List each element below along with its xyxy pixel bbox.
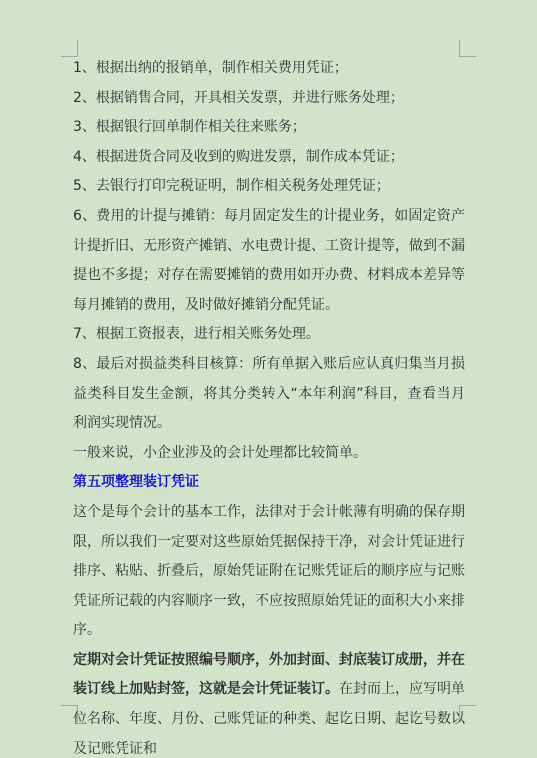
list-item-8: 8、最后对损益类科目核算：所有单据入账后应认真归集当月损益类科目发生金额，将其分…: [73, 350, 465, 439]
summary-paragraph: 一般来说，小企业涉及的会计处理都比较简单。: [73, 439, 465, 469]
section-paragraph: 这个是每个会计的基本工作，法律对于会计帐薄有明确的保存期限，所以我们一定要对这些…: [73, 498, 465, 646]
document-body: 1、根据出纳的报销单，制作相关费用凭证； 2、根据销售合同，开具相关发票，并进行…: [73, 54, 465, 758]
list-item-2: 2、根据销售合同，开具相关发票，并进行账务处理；: [73, 84, 465, 114]
list-item-5: 5、去银行打印完税证明，制作相关税务处理凭证；: [73, 172, 465, 202]
list-item-4: 4、根据进货合同及收到的购进发票，制作成本凭证；: [73, 143, 465, 173]
list-item-7: 7、根据工资报表，进行相关账务处理。: [73, 320, 465, 350]
list-item-6: 6、费用的计提与摊销：每月固定发生的计提业务，如固定资产计提折旧、无形资产摊销、…: [73, 202, 465, 320]
list-item-3: 3、根据银行回单制作相关往来账务；: [73, 113, 465, 143]
list-item-1: 1、根据出纳的报销单，制作相关费用凭证；: [73, 54, 465, 84]
section-heading: 第五项整理装订凭证: [73, 468, 465, 498]
document-page: 1、根据出纳的报销单，制作相关费用凭证； 2、根据销售合同，开具相关发票，并进行…: [0, 0, 537, 758]
binding-paragraph: 定期对会计凭证按照编号顺序，外加封面、封底装订成册，并在装订线上加贴封签，这就是…: [73, 646, 465, 758]
